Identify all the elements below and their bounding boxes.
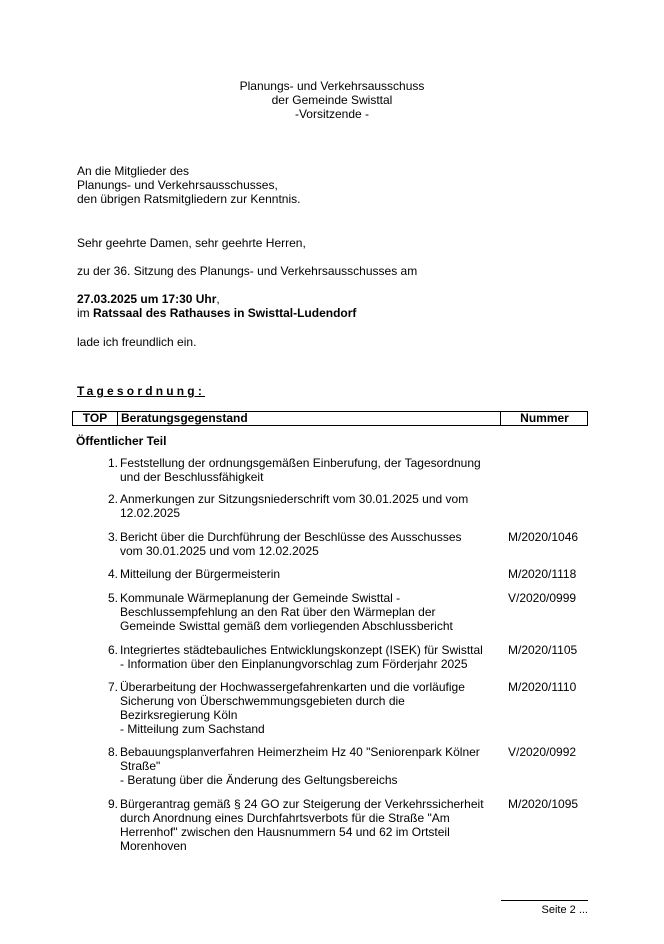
meeting-datetime: 27.03.2025 um 17:30 Uhr	[77, 292, 216, 306]
closing-line: lade ich freundlich ein.	[77, 335, 196, 349]
agenda-item-number: 5.	[100, 591, 118, 605]
agenda-item-reference: M/2020/1110	[508, 680, 576, 694]
agenda-item-number: 4.	[100, 567, 118, 581]
agenda-item-subject: Überarbeitung der Hochwassergefahrenkart…	[120, 680, 505, 736]
agenda-item-subject-line: Herrenhof" zwischen den Hausnummern 54 u…	[120, 825, 505, 839]
section-title-public: Öffentlicher Teil	[76, 434, 166, 448]
agenda-item-subject-line: Kommunale Wärmeplanung der Gemeinde Swis…	[120, 591, 505, 605]
footer-rule	[501, 900, 588, 901]
agenda-item-number: 3.	[100, 530, 118, 544]
committee-header: Planungs- und Verkehrsausschuss der Geme…	[0, 79, 664, 121]
location-prefix: im	[77, 306, 93, 320]
agenda-item-subject: Feststellung der ordnungsgemäßen Einberu…	[120, 456, 505, 484]
agenda-item-subject: Integriertes städtebauliches Entwicklung…	[120, 643, 505, 671]
column-header-subject: Beratungsgegenstand	[118, 412, 501, 425]
agenda-item-subject: Anmerkungen zur Sitzungsniederschrift vo…	[120, 492, 505, 520]
invitation-intro: zu der 36. Sitzung des Planungs- und Ver…	[77, 264, 417, 278]
meeting-location: Ratssaal des Rathauses in Swisttal-Luden…	[93, 306, 356, 320]
recipient-line: Planungs- und Verkehrsausschusses,	[77, 178, 300, 192]
agenda-item-reference: M/2020/1095	[508, 797, 578, 811]
agenda-item-subject: Bürgerantrag gemäß § 24 GO zur Steigerun…	[120, 797, 505, 853]
column-header-top: TOP	[73, 412, 118, 425]
agenda-item-subject-line: und der Beschlussfähigkeit	[120, 470, 505, 484]
agenda-item-number: 6.	[100, 643, 118, 657]
agenda-item-reference: V/2020/0992	[508, 745, 576, 759]
column-header-number: Nummer	[502, 412, 587, 425]
agenda-item-number: 8.	[100, 745, 118, 759]
salutation: Sehr geehrte Damen, sehr geehrte Herren,	[77, 236, 306, 250]
agenda-item-number: 7.	[100, 680, 118, 694]
agenda-item-subject-line: Bebauungsplanverfahren Heimerzheim Hz 40…	[120, 745, 505, 759]
agenda-item-subject-line: Bezirksregierung Köln	[120, 708, 505, 722]
agenda-item-number: 1.	[100, 456, 118, 470]
header-line: Planungs- und Verkehrsausschuss	[0, 79, 664, 93]
agenda-item-subject: Mitteilung der Bürgermeisterin	[120, 567, 505, 581]
agenda-item-subject: Kommunale Wärmeplanung der Gemeinde Swis…	[120, 591, 505, 633]
agenda-item-subject-line: Beschlussempfehlung an den Rat über den …	[120, 605, 505, 619]
recipient-line: den übrigen Ratsmitgliedern zur Kenntnis…	[77, 192, 300, 206]
agenda-item-subject: Bebauungsplanverfahren Heimerzheim Hz 40…	[120, 745, 505, 787]
agenda-item-subject-line: Sicherung von Überschwemmungsgebieten du…	[120, 694, 505, 708]
agenda-item-subject-line: Morenhoven	[120, 839, 505, 853]
agenda-item-number: 9.	[100, 797, 118, 811]
agenda-item-reference: M/2020/1105	[508, 643, 577, 657]
agenda-item-subject-line: Integriertes städtebauliches Entwicklung…	[120, 643, 505, 657]
agenda-title: Tagesordnung:	[77, 384, 205, 398]
agenda-table-header: TOP Beratungsgegenstand Nummer	[72, 411, 588, 426]
datetime-suffix: ,	[216, 292, 219, 306]
agenda-item-subject-line: Überarbeitung der Hochwassergefahrenkart…	[120, 680, 505, 694]
page-continuation: Seite 2 ...	[480, 903, 588, 917]
agenda-item-subject-line: Gemeinde Swisttal gemäß dem vorliegenden…	[120, 619, 505, 633]
agenda-item-reference: M/2020/1118	[508, 567, 576, 581]
meeting-location-line: im Ratssaal des Rathauses in Swisttal-Lu…	[77, 306, 356, 320]
agenda-item-subject-line: Mitteilung der Bürgermeisterin	[120, 567, 505, 581]
agenda-item-subject-line: 12.02.2025	[120, 506, 505, 520]
agenda-item-subject-line: - Mitteilung zum Sachstand	[120, 722, 505, 736]
agenda-item-subject-line: - Beratung über die Änderung des Geltung…	[120, 773, 505, 787]
header-line: -Vorsitzende -	[0, 107, 664, 121]
header-line: der Gemeinde Swisttal	[0, 93, 664, 107]
agenda-item-subject: Bericht über die Durchführung der Beschl…	[120, 530, 505, 558]
agenda-item-reference: M/2020/1046	[508, 530, 578, 544]
agenda-item-subject-line: Anmerkungen zur Sitzungsniederschrift vo…	[120, 492, 505, 506]
agenda-item-subject-line: Bericht über die Durchführung der Beschl…	[120, 530, 505, 544]
recipients-block: An die Mitglieder des Planungs- und Verk…	[77, 164, 300, 206]
agenda-item-subject-line: - Information über den Einplanungvorschl…	[120, 657, 505, 671]
agenda-item-subject-line: durch Anordnung eines Durchfahrtsverbots…	[120, 811, 505, 825]
agenda-item-subject-line: Feststellung der ordnungsgemäßen Einberu…	[120, 456, 505, 470]
agenda-item-subject-line: Straße"	[120, 759, 505, 773]
agenda-item-number: 2.	[100, 492, 118, 506]
agenda-item-subject-line: Bürgerantrag gemäß § 24 GO zur Steigerun…	[120, 797, 505, 811]
agenda-item-reference: V/2020/0999	[508, 591, 576, 605]
agenda-item-subject-line: vom 30.01.2025 und vom 12.02.2025	[120, 544, 505, 558]
recipient-line: An die Mitglieder des	[77, 164, 300, 178]
meeting-datetime-line: 27.03.2025 um 17:30 Uhr,	[77, 292, 220, 306]
